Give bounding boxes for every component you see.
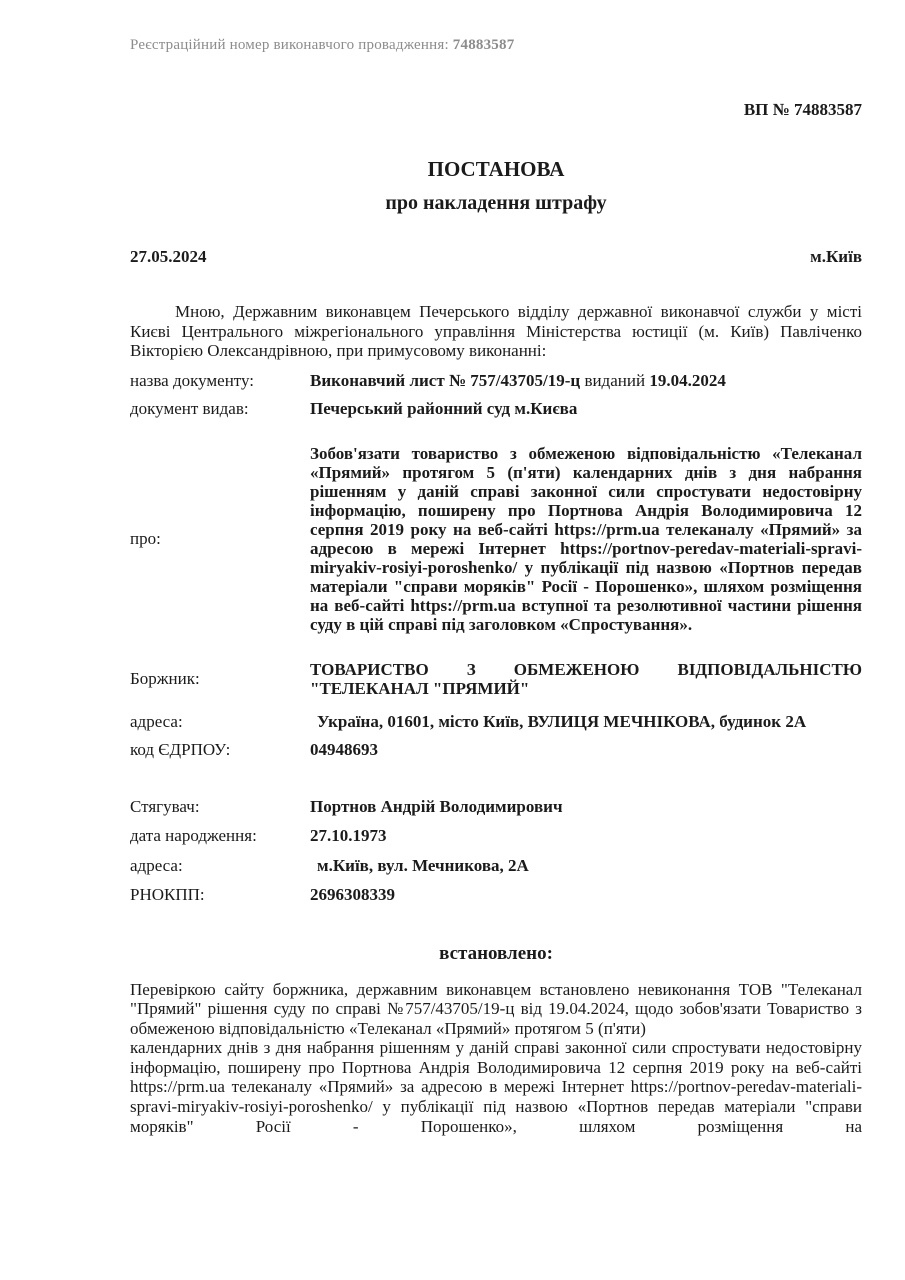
creditor-birth-value: 27.10.1973 xyxy=(310,826,862,846)
debtor-address-value: Україна, 01601, місто Київ, ВУЛИЦЯ МЕЧНІ… xyxy=(310,712,862,732)
creditor-address-label: адреса: xyxy=(130,856,310,876)
document-issuer-value: Печерський районний суд м.Києва xyxy=(310,399,862,419)
document-name-number: Виконавчий лист № 757/43705/19-ц xyxy=(310,371,580,390)
registration-number-line: Реєстраційний номер виконавчого провадже… xyxy=(130,37,862,54)
creditor-rnokpp-value: 2696308339 xyxy=(310,885,862,905)
field-row-creditor-rnokpp: РНОКПП: 2696308339 xyxy=(130,885,862,905)
creditor-birth-label: дата народження: xyxy=(130,826,310,846)
about-value: Зобов'язати товариство з обмеженою відпо… xyxy=(310,444,862,634)
document-page: Реєстраційний номер виконавчого провадже… xyxy=(0,0,905,1280)
debtor-edrpou-value: 04948693 xyxy=(310,740,862,760)
field-row-creditor: Стягувач: Портнов Андрій Володимирович xyxy=(130,797,862,817)
creditor-name: Портнов Андрій Володимирович xyxy=(310,797,862,817)
document-date: 27.05.2024 xyxy=(130,247,207,267)
registration-number-value: 74883587 xyxy=(453,37,515,53)
debtor-address-label: адреса: xyxy=(130,712,310,732)
date-place-row: 27.05.2024 м.Київ xyxy=(130,247,862,267)
document-name-value: Виконавчий лист № 757/43705/19-ц виданий… xyxy=(310,371,862,391)
about-label: про: xyxy=(130,529,310,549)
established-heading: встановлено: xyxy=(130,943,862,965)
document-place: м.Київ xyxy=(810,247,862,267)
debtor-name: ТОВАРИСТВО З ОБМЕЖЕНОЮ ВІДПОВІДАЛЬНІСТЮ … xyxy=(310,660,862,698)
creditor-label: Стягувач: xyxy=(130,797,310,817)
document-subtitle: про накладення штрафу xyxy=(130,192,862,215)
document-title: ПОСТАНОВА xyxy=(130,157,862,182)
field-row-creditor-address: адреса: м.Київ, вул. Мечникова, 2А xyxy=(130,856,862,876)
document-name-label: назва документу: xyxy=(130,371,310,391)
intro-paragraph: Мною, Державним виконавцем Печерського в… xyxy=(130,302,862,361)
document-issuer-label: документ видав: xyxy=(130,399,310,419)
debtor-edrpou-label: код ЄДРПОУ: xyxy=(130,740,310,760)
document-name-issue-date: 19.04.2024 xyxy=(649,371,726,390)
field-row-debtor: Боржник: ТОВАРИСТВО З ОБМЕЖЕНОЮ ВІДПОВІД… xyxy=(130,660,862,698)
debtor-label: Боржник: xyxy=(130,669,310,689)
established-paragraph-2: календарних днів з дня набрання рішенням… xyxy=(130,1038,862,1136)
registration-number-label: Реєстраційний номер виконавчого провадже… xyxy=(130,37,453,53)
field-row-document-name: назва документу: Виконавчий лист № 757/4… xyxy=(130,371,862,391)
field-row-debtor-edrpou: код ЄДРПОУ: 04948693 xyxy=(130,740,862,760)
field-row-debtor-address: адреса: Україна, 01601, місто Київ, ВУЛИ… xyxy=(130,712,862,732)
creditor-address-value: м.Київ, вул. Мечникова, 2А xyxy=(310,856,862,876)
field-row-document-issuer: документ видав: Печерський районний суд … xyxy=(130,399,862,419)
vp-number: ВП № 74883587 xyxy=(130,100,862,120)
field-row-about: про: Зобов'язати товариство з обмеженою … xyxy=(130,444,862,634)
creditor-rnokpp-label: РНОКПП: xyxy=(130,885,310,905)
field-row-creditor-birth: дата народження: 27.10.1973 xyxy=(130,826,862,846)
established-paragraph-1: Перевіркою сайту боржника, державним вик… xyxy=(130,980,862,1039)
document-name-issued-word: виданий xyxy=(584,371,645,390)
